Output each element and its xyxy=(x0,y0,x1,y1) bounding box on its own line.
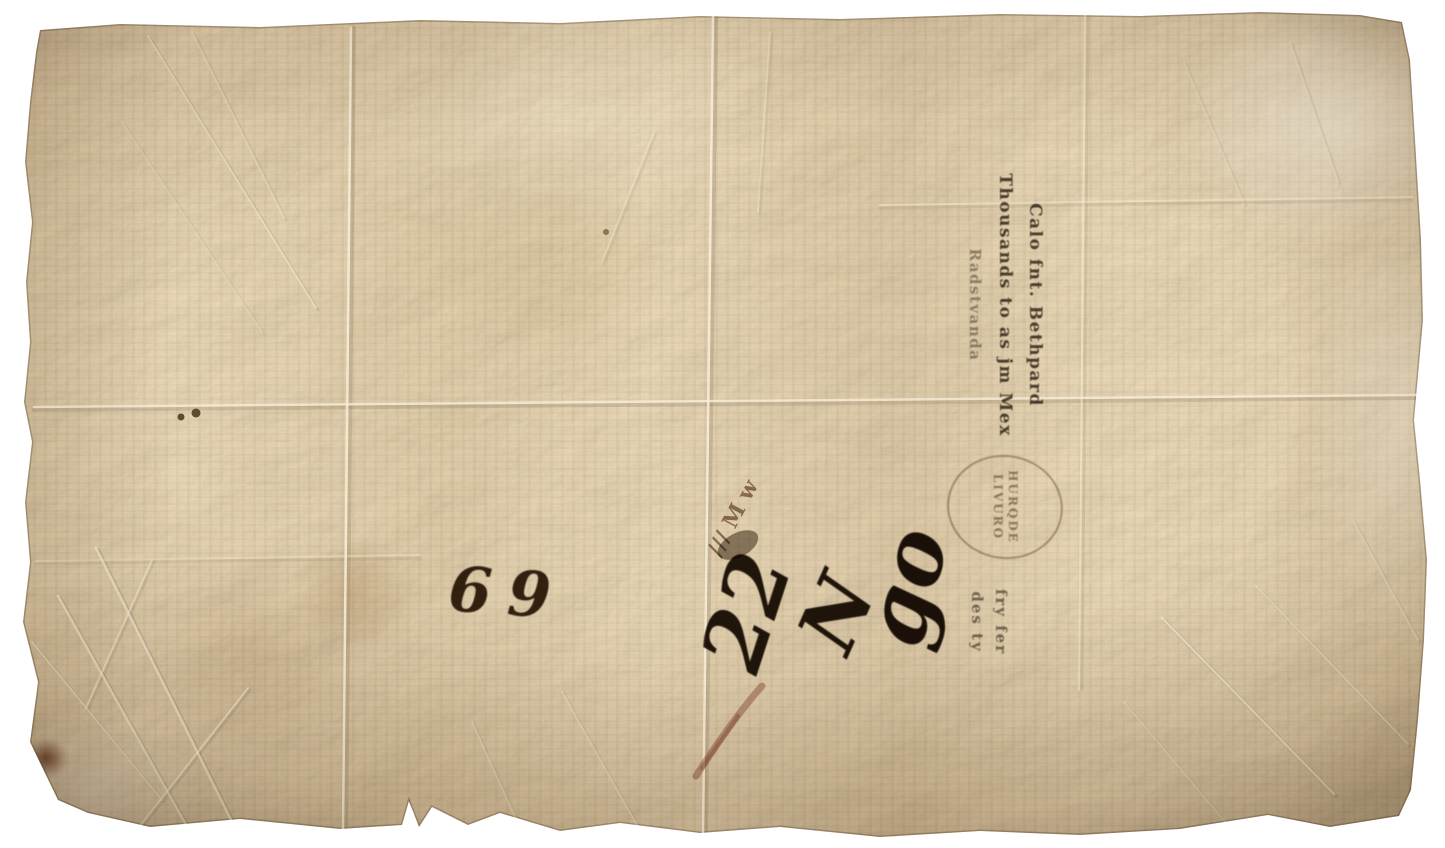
photo-canvas: 69 /// M w 22 N go Calo fnt. Bethpard Th… xyxy=(0,0,1445,848)
banknote-paper: 69 /// M w 22 N go Calo fnt. Bethpard Th… xyxy=(0,0,1445,848)
edge-vignette xyxy=(0,0,1445,848)
